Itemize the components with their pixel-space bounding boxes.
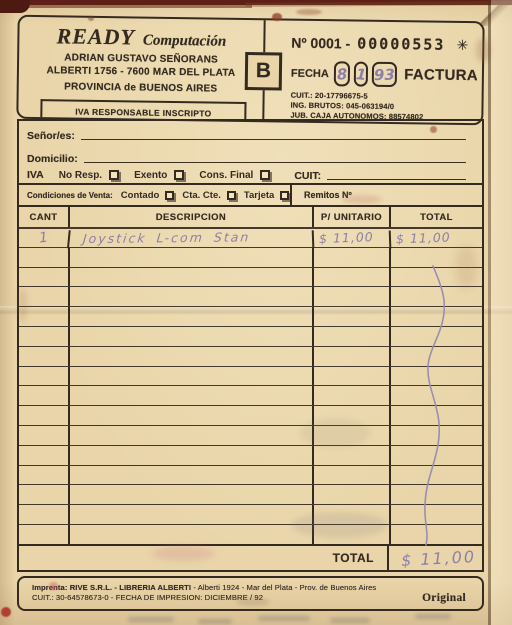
scan-smudge <box>258 616 310 621</box>
customer-cuit-label: CUIT: <box>294 170 321 182</box>
scan-smudge <box>198 619 232 624</box>
paper-stain <box>88 16 94 21</box>
items-table-header: CANT DESCRIPCION P/ UNITARIO TOTAL <box>19 205 482 227</box>
seller-address: ALBERTI 1756 - 7600 MAR DEL PLATA <box>19 65 263 79</box>
document-type-label: FACTURA <box>404 66 478 84</box>
table-row <box>19 326 482 346</box>
customer-address-row: Domicilio: <box>27 151 468 165</box>
column-header-cant: CANT <box>19 207 68 227</box>
paper-stain <box>49 582 58 590</box>
asterisk-icon: ✳ <box>456 38 474 54</box>
customer-name-field <box>81 128 466 140</box>
scanned-invoice: READY Computación ADRIAN GUSTAVO SEÑORAN… <box>0 0 512 625</box>
paper-stain <box>152 546 214 561</box>
paper-stain <box>1 607 11 617</box>
paper-stain <box>300 418 370 448</box>
paper-tear-shadow <box>245 1 512 7</box>
scan-corner-shadow <box>0 0 30 13</box>
sale-conditions: Condiciones de Venta: Contado Cta. Cte. … <box>19 185 292 205</box>
date-day-value: 8 <box>336 64 348 83</box>
invoice-number-label: Nº 0001 - <box>291 35 350 52</box>
seller-owner: ADRIAN GUSTAVO SEÑORANS <box>19 52 263 66</box>
brand-tagline: Computación <box>143 33 227 50</box>
iva-condition-box: IVA RESPONSABLE INSCRIPTO <box>40 99 246 120</box>
paper-right-margin <box>491 0 512 625</box>
customer-cuit-field <box>327 168 466 180</box>
iva-label: IVA <box>27 169 44 181</box>
customer-name-label: Señor/es: <box>27 130 75 142</box>
paper-stain <box>236 598 270 606</box>
tax-ids-block: CUIT.: 20-17796675-5 ING. BRUTOS: 045-06… <box>290 91 423 123</box>
item-description: Joystick L-com Stan <box>67 228 313 248</box>
checkbox-icon <box>165 191 174 200</box>
checkbox-icon <box>174 170 184 180</box>
imprenta-line: Imprenta: RIVE S.R.L. - LIBRERIA ALBERTI… <box>32 583 482 593</box>
invoice-type-letter: B <box>245 52 283 91</box>
customer-iva-row: IVA No Resp. Exento Cons. Final CUIT: <box>27 168 468 182</box>
table-row <box>19 405 482 425</box>
total-label: TOTAL <box>333 551 374 565</box>
table-body: 1 Joystick L-com Stan $ 11,00 $ 11,00 <box>19 227 482 544</box>
table-row <box>19 346 482 366</box>
date-year-value: 93 <box>374 65 395 83</box>
sale-conditions-section: Condiciones de Venta: Contado Cta. Cte. … <box>19 183 482 205</box>
condition-contado: Contado <box>121 190 175 201</box>
conditions-label: Condiciones de Venta: <box>27 191 113 200</box>
table-row <box>19 465 482 485</box>
date-label: FECHA <box>291 67 329 80</box>
condition-ctacte: Cta. Cte. <box>182 190 236 201</box>
checkbox-icon <box>227 191 236 200</box>
item-row: 1 Joystick L-com Stan $ 11,00 $ 11,00 <box>19 227 482 247</box>
scan-smudge <box>415 614 451 619</box>
checkbox-icon <box>260 170 270 180</box>
date-line: FECHA 8 1 93 FACTURA <box>291 61 478 89</box>
date-month-box: 1 <box>354 61 369 86</box>
paper-stain <box>292 512 387 538</box>
brand: READY Computación <box>19 23 263 52</box>
column-header-punitario: P/ UNITARIO <box>312 207 389 227</box>
customer-section: Señor/es: Domicilio: IVA No Resp. Exento… <box>19 121 482 183</box>
customer-name-row: Señor/es: <box>27 128 468 142</box>
paper-stain <box>18 288 27 322</box>
total-row: TOTAL $ 11,00 <box>19 544 482 570</box>
iva-option-noresp: No Resp. <box>59 170 119 181</box>
invoice-body: Señor/es: Domicilio: IVA No Resp. Exento… <box>17 119 484 572</box>
scan-smudge <box>128 617 174 622</box>
customer-address-label: Domicilio: <box>27 153 78 165</box>
iva-option-exento: Exento <box>134 170 184 181</box>
remitos-label: Remitos Nº <box>292 185 482 205</box>
checkbox-icon <box>280 191 289 200</box>
table-row <box>19 504 482 524</box>
copy-label: Original <box>422 592 466 604</box>
column-header-total: TOTAL <box>389 207 482 227</box>
date-day-box: 8 <box>334 61 350 86</box>
table-row <box>19 524 482 544</box>
seller-block: READY Computación ADRIAN GUSTAVO SEÑORAN… <box>18 17 263 120</box>
column-header-descripcion: DESCRIPCION <box>68 207 312 227</box>
item-unit-price: $ 11,00 <box>312 228 390 248</box>
customer-cuit-row: CUIT: <box>294 168 468 182</box>
iva-option-consfinal: Cons. Final <box>199 170 270 181</box>
paper-stain <box>296 9 322 15</box>
table-row <box>19 385 482 405</box>
paper-stain <box>430 126 437 133</box>
invoice-header: READY Computación ADRIAN GUSTAVO SEÑORAN… <box>16 15 484 126</box>
table-row <box>19 366 482 386</box>
invoice-data-block: Nº 0001 - 00000553 ✳ FECHA 8 1 93 FACTUR… <box>264 20 482 123</box>
table-row <box>19 445 482 465</box>
seller-province: PROVINCIA de BUENOS AIRES <box>19 81 263 95</box>
total-value: $ 11,00 <box>401 547 477 570</box>
invoice-number-line: Nº 0001 - 00000553 ✳ <box>291 34 474 55</box>
date-year-box: 93 <box>372 62 397 87</box>
brand-name: READY <box>56 23 135 49</box>
table-row <box>19 484 482 504</box>
customer-address-field <box>84 151 466 163</box>
date-month-value: 1 <box>355 65 367 84</box>
scan-top-edge <box>0 4 252 8</box>
table-row <box>19 306 482 326</box>
table-row <box>19 286 482 306</box>
checkbox-icon <box>109 170 119 180</box>
scan-smudge <box>330 618 370 623</box>
paper-stain <box>455 245 477 289</box>
table-row <box>19 267 482 287</box>
table-row <box>19 425 482 445</box>
paper-stain <box>342 195 382 204</box>
condition-tarjeta: Tarjeta <box>244 190 289 201</box>
invoice-number-value: 00000553 <box>357 35 445 54</box>
paper-stain <box>272 13 282 21</box>
table-row <box>19 247 482 267</box>
